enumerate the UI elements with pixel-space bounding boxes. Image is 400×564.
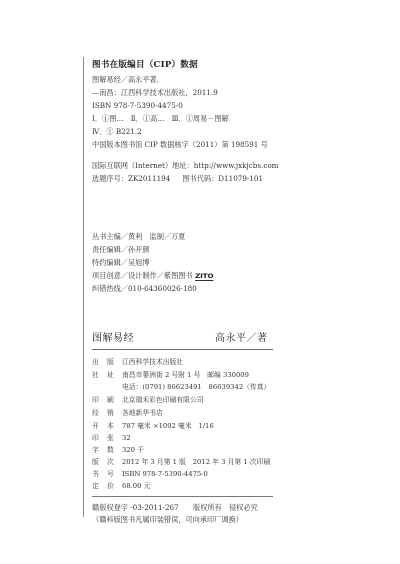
book-title: 图解易经 <box>92 334 134 344</box>
cip-heading: 图书在版编目（CIP）数据 <box>92 60 198 70</box>
zito-logo-icon: ZITO <box>195 273 213 281</box>
internet-label: 国际互联网（Internet）地址： <box>92 161 194 170</box>
cip-line: Ⅳ．① B221.2 <box>92 127 142 137</box>
book-code-value: D11079-101 <box>218 174 263 183</box>
copyright-registration: 赣版权登字 -03-2011-267 版权所有 侵权必究 <box>92 503 258 513</box>
cip-line: —南昌：江西科学技术出版社，2011.9 <box>92 88 218 98</box>
topic-label: 选题序号： <box>92 174 128 183</box>
title-rule <box>92 349 273 350</box>
series-editor: 丛书主编／黄利 监制／万夏 <box>92 232 185 242</box>
cip-line: ISBN 978-7-5390-4475-0 <box>92 101 183 111</box>
left-margin-rule <box>83 57 84 517</box>
book-author: 高永平／著 <box>215 334 268 344</box>
special-editor: 特约编辑／吴旭博 <box>92 258 150 268</box>
cip-line: 中国版本图书馆 CIP 数据核字（2011）第 198591 号 <box>92 140 268 150</box>
hotline: 纠错热线／010-64360026-180 <box>92 284 197 294</box>
design-text: 项目创意／设计制作／紫图图书 <box>92 271 193 280</box>
copyright-page: 图书在版编目（CIP）数据 图解易经／高永平著． —南昌：江西科学技术出版社，2… <box>0 0 400 564</box>
colophon-rule <box>92 496 273 497</box>
cip-line: Ⅰ．①图… Ⅱ．①高… Ⅲ．①周易－图解 <box>92 114 229 124</box>
internet-url[interactable]: http://www.jxkjcbs.com <box>194 161 279 170</box>
internet-address: 国际互联网（Internet）地址：http://www.jxkjcbs.com <box>92 161 279 171</box>
responsible-editor: 责任编辑／孙开颜 <box>92 245 150 255</box>
book-code-label: 图书代码： <box>182 174 218 183</box>
topic-value: ZK2011194 <box>128 174 170 183</box>
design-credit: 项目创意／设计制作／紫图图书ZITO <box>92 271 211 281</box>
topic-and-code: 选题序号：ZK2011194图书代码：D11079-101 <box>92 174 263 184</box>
printing-error-notice: （赣科版图书凡属印装错误，可向承印厂调换） <box>92 515 243 525</box>
cip-line: 图解易经／高永平著． <box>92 75 164 85</box>
